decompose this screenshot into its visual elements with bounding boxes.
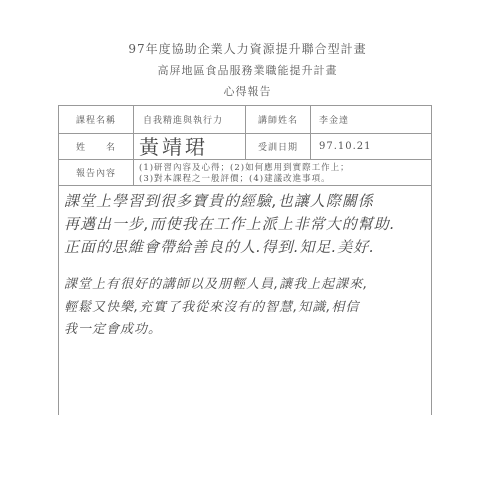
training-date-value: 97.10.21 — [319, 134, 429, 159]
training-date-label: 受訓日期 — [246, 134, 310, 159]
handwritten-line: 課堂上有很好的講師以及朋輕人員,讓我上起課來, — [64, 273, 432, 292]
report-content-label: 報告內容 — [59, 160, 133, 185]
column-divider — [133, 106, 134, 185]
instructor-value: 李金達 — [319, 106, 429, 133]
row-divider — [59, 185, 431, 186]
report-form: 課程名稱 自我精進與執行力 講師姓名 李金達 姓 名 黃靖珺 受訓日期 97.1… — [58, 105, 432, 415]
report-instructions-line-2: (3)對本課程之一般評價；(4)建議改進事項。 — [139, 172, 331, 184]
handwritten-line: 正面的思維會帶給善良的人.得到.知足.美好. — [64, 236, 432, 257]
course-name-label: 課程名稱 — [59, 106, 133, 133]
column-divider — [310, 106, 311, 159]
trainee-name-label: 姓 名 — [59, 134, 133, 159]
trainee-name-value: 黃靖珺 — [139, 132, 244, 159]
course-name-value: 自我精進與執行力 — [143, 106, 243, 133]
program-subtitle: 高屏地區食品服務業職能提升計畫 — [0, 62, 495, 78]
instructor-label: 講師姓名 — [246, 106, 310, 133]
report-title: 心得報告 — [0, 83, 495, 99]
handwritten-line: 我一定會成功。 — [64, 318, 432, 337]
handwritten-line: 再邁出一步,而使我在工作上派上非常大的幫助. — [64, 213, 432, 234]
program-title: 97年度協助企業人力資源提升聯合型計畫 — [0, 40, 495, 57]
handwritten-line: 課堂上學習到很多寶貴的經驗,也讓人際關係 — [64, 190, 432, 211]
handwritten-line: 輕鬆又快樂,充實了我從來沒有的智慧,知識,相信 — [64, 296, 432, 315]
